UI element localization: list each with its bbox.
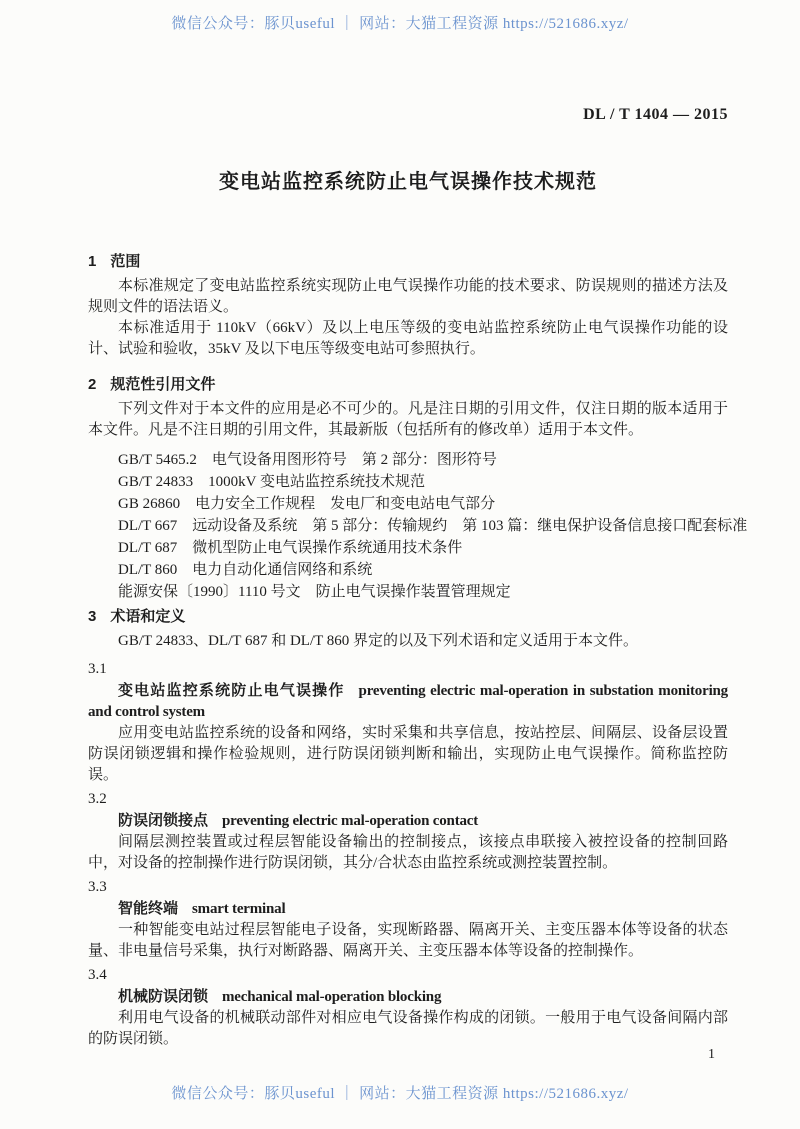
section-title: 规范性引用文件 (110, 376, 215, 393)
document-title: 变电站监控系统防止电气误操作技术规范 (88, 168, 728, 196)
term-english: mechanical mal-operation blocking (222, 989, 441, 1005)
term-chinese: 机械防误闭锁 (118, 988, 208, 1005)
term-title: 机械防误闭锁mechanical mal-operation blocking (88, 986, 728, 1008)
term-english: preventing electric mal-operation contac… (222, 813, 478, 829)
term-chinese: 防误闭锁接点 (118, 812, 208, 829)
term-definition: 间隔层测控装置或过程层智能设备输出的控制接点，该接点串联接入被控设备的控制回路中… (88, 832, 728, 874)
section-heading-scope: 1范围 (88, 251, 728, 272)
scope-paragraph-2: 本标准适用于 110kV（66kV）及以上电压等级的变电站监控系统防止电气误操作… (88, 318, 728, 360)
reference-item: DL/T 687 微机型防止电气误操作系统通用技术条件 (88, 537, 728, 559)
term-block-3-4: 3.4 机械防误闭锁mechanical mal-operation block… (88, 965, 728, 1050)
section-heading-references: 2规范性引用文件 (88, 374, 728, 395)
term-chinese: 智能终端 (118, 900, 178, 917)
term-english: smart terminal (192, 901, 285, 917)
reference-item: GB 26860 电力安全工作规程 发电厂和变电站电气部分 (88, 493, 728, 515)
term-chinese: 变电站监控系统防止电气误操作 (118, 682, 345, 699)
reference-item: 能源安保〔1990〕1110 号文 防止电气误操作装置管理规定 (88, 581, 728, 603)
term-definition: 利用电气设备的机械联动部件对相应电气设备操作构成的闭锁。一般用于电气设备间隔内部… (88, 1008, 728, 1050)
term-title: 防误闭锁接点preventing electric mal-operation … (88, 810, 728, 832)
section-heading-terms: 3术语和定义 (88, 606, 728, 627)
section-number: 2 (88, 376, 96, 393)
watermark-top: 微信公众号：豚贝useful ｜ 网站：大猫工程资源 https://52168… (0, 12, 800, 33)
document-page: 微信公众号：豚贝useful ｜ 网站：大猫工程资源 https://52168… (0, 0, 800, 1129)
term-block-3-3: 3.3 智能终端smart terminal 一种智能变电站过程层智能电子设备，… (88, 877, 728, 962)
references-list: GB/T 5465.2 电气设备用图形符号 第 2 部分：图形符号 GB/T 2… (88, 449, 728, 603)
term-definition: 应用变电站监控系统的设备和网络，实时采集和共享信息，按站控层、间隔层、设备层设置… (88, 723, 728, 786)
term-number: 3.1 (88, 659, 728, 680)
term-definition: 一种智能变电站过程层智能电子设备，实现断路器、隔离开关、主变压器本体等设备的状态… (88, 920, 728, 962)
section-title: 范围 (110, 253, 140, 270)
page-content: DL / T 1404 — 2015 变电站监控系统防止电气误操作技术规范 1范… (0, 0, 800, 1050)
references-intro: 下列文件对于本文件的应用是必不可少的。凡是注日期的引用文件，仅注日期的版本适用于… (88, 399, 728, 441)
term-number: 3.3 (88, 877, 728, 898)
term-title: 智能终端smart terminal (88, 898, 728, 920)
reference-item: GB/T 24833 1000kV 变电站监控系统技术规范 (88, 471, 728, 493)
scope-paragraph-1: 本标准规定了变电站监控系统实现防止电气误操作功能的技术要求、防误规则的描述方法及… (88, 276, 728, 318)
term-block-3-1: 3.1 变电站监控系统防止电气误操作preventing electric ma… (88, 659, 728, 786)
term-title: 变电站监控系统防止电气误操作preventing electric mal-op… (88, 680, 728, 723)
watermark-bottom: 微信公众号：豚贝useful ｜ 网站：大猫工程资源 https://52168… (0, 1082, 800, 1103)
section-title: 术语和定义 (110, 608, 185, 625)
reference-item: DL/T 860 电力自动化通信网络和系统 (88, 559, 728, 581)
term-number: 3.2 (88, 789, 728, 810)
reference-item: DL/T 667 远动设备及系统 第 5 部分：传输规约 第 103 篇：继电保… (88, 515, 728, 537)
section-number: 1 (88, 253, 96, 270)
reference-item: GB/T 5465.2 电气设备用图形符号 第 2 部分：图形符号 (88, 449, 728, 471)
term-number: 3.4 (88, 965, 728, 986)
terms-intro: GB/T 24833、DL/T 687 和 DL/T 860 界定的以及下列术语… (88, 631, 728, 652)
page-number: 1 (708, 1046, 715, 1064)
section-number: 3 (88, 608, 96, 625)
term-block-3-2: 3.2 防误闭锁接点preventing electric mal-operat… (88, 789, 728, 874)
